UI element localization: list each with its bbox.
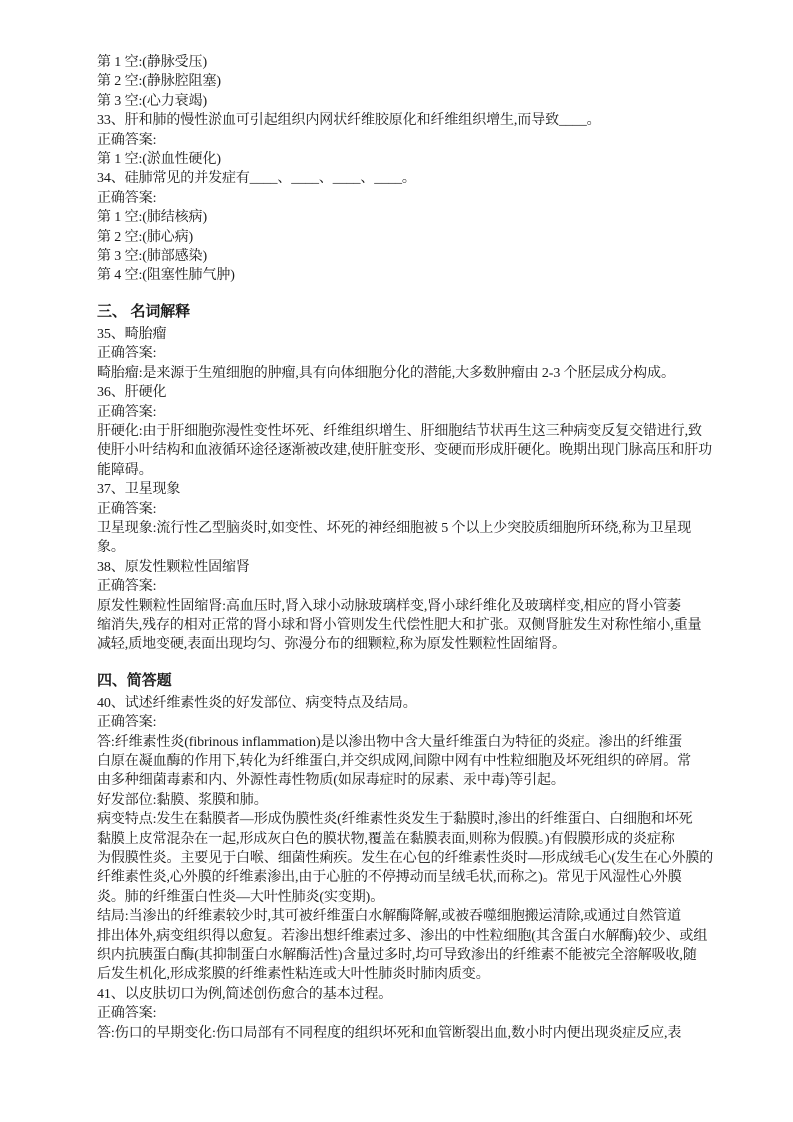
text-line: 能障碍。 (97, 461, 722, 480)
text-line: 33、肝和肺的慢性淤血可引起组织内网状纤维胶原化和纤维组织增生,而导致____。 (97, 111, 722, 130)
text-line: 40、试述纤维素性炎的好发部位、病变特点及结局。 (97, 694, 722, 713)
text-line: 正确答案: (97, 189, 722, 208)
text-line: 减轻,质地变硬,表面出现均匀、弥漫分布的细颗粒,称为原发性颗粒性固缩肾。 (97, 635, 722, 654)
text-line: 缩消失,残存的相对正常的肾小球和肾小管则发生代偿性肥大和扩张。双侧肾脏发生对称性… (97, 616, 722, 635)
text-line: 病变特点:发生在黏膜者—形成伪膜性炎(纤维素性炎发生于黏膜时,渗出的纤维蛋白、白… (97, 810, 722, 829)
text-line: 第 1 空:(淤血性硬化) (97, 150, 722, 169)
text-line: 象。 (97, 538, 722, 557)
text-line: 畸胎瘤:是来源于生殖细胞的肿瘤,具有向体细胞分化的潜能,大多数肿瘤由 2-3 个… (97, 364, 722, 383)
text-line: 正确答案: (97, 713, 722, 732)
text-line: 正确答案: (97, 500, 722, 519)
document-body: 第 1 空:(静脉受压)第 2 空:(静脉腔阻塞)第 3 空:(心力衰竭)33、… (97, 53, 722, 1043)
text-line: 后发生机化,形成浆膜的纤维素性粘连或大叶性肺炎时肺肉质变。 (97, 965, 722, 984)
text-line: 正确答案: (97, 577, 722, 596)
text-line: 38、原发性颗粒性固缩肾 (97, 558, 722, 577)
text-line: 第 4 空:(阻塞性肺气肿) (97, 266, 722, 285)
text-line: 第 1 空:(肺结核病) (97, 208, 722, 227)
text-line: 34、硅肺常见的并发症有____、____、____、____。 (97, 169, 722, 188)
text-line: 白原在凝血酶的作用下,转化为纤维蛋白,并交织成网,间隙中网有中性粒细胞及坏死组织… (97, 752, 722, 771)
text-line: 黏膜上皮常混杂在一起,形成灰白色的膜状物,覆盖在黏膜表面,则称为假膜。)有假膜形… (97, 830, 722, 849)
section-heading: 三、 名词解释 (97, 301, 722, 323)
text-line: 结局:当渗出的纤维素较少时,其可被纤维蛋白水解酶降解,或被吞噬细胞搬运清除,或通… (97, 907, 722, 926)
text-line: 正确答案: (97, 403, 722, 422)
text-line: 原发性颗粒性固缩肾:高血压时,肾入球小动脉玻璃样变,肾小球纤维化及玻璃样变,相应… (97, 597, 722, 616)
document-page: 第 1 空:(静脉受压)第 2 空:(静脉腔阻塞)第 3 空:(心力衰竭)33、… (0, 0, 793, 1122)
section-heading: 四、简答题 (97, 670, 722, 692)
text-line: 37、卫星现象 (97, 480, 722, 499)
text-line: 由多种细菌毒素和内、外源性毒性物质(如尿毒症时的尿素、汞中毒)等引起。 (97, 771, 722, 790)
text-line: 正确答案: (97, 344, 722, 363)
text-line: 好发部位:黏膜、浆膜和肺。 (97, 791, 722, 810)
text-line: 第 2 空:(静脉腔阻塞) (97, 72, 722, 91)
text-line: 第 2 空:(肺心病) (97, 228, 722, 247)
text-line: 正确答案: (97, 1004, 722, 1023)
text-line: 卫星现象:流行性乙型脑炎时,如变性、坏死的神经细胞被 5 个以上少突胶质细胞所环… (97, 519, 722, 538)
text-line: 第 1 空:(静脉受压) (97, 53, 722, 72)
text-line: 织内抗胰蛋白酶(其抑制蛋白水解酶活性)含量过多时,均可导致渗出的纤维素不能被完全… (97, 946, 722, 965)
text-line: 答:伤口的早期变化:伤口局部有不同程度的组织坏死和血管断裂出血,数小时内便出现炎… (97, 1024, 722, 1043)
text-line: 41、以皮肤切口为例,简述创伤愈合的基本过程。 (97, 985, 722, 1004)
text-line: 正确答案: (97, 131, 722, 150)
text-line: 排出体外,病变组织得以愈复。若渗出想纤维素过多、渗出的中性粒细胞(其含蛋白水解酶… (97, 927, 722, 946)
text-line: 第 3 空:(肺部感染) (97, 247, 722, 266)
text-line: 第 3 空:(心力衰竭) (97, 92, 722, 111)
text-line: 纤维素性炎,心外膜的纤维素渗出,由于心脏的不停搏动而呈绒毛状,而称之)。常见于风… (97, 868, 722, 887)
text-line: 使肝小叶结构和血液循环途径逐渐被改建,使肝脏变形、变硬而形成肝硬化。晚期出现门脉… (97, 441, 722, 460)
text-line: 为假膜性炎。主要见于白喉、细菌性痢疾。发生在心包的纤维素性炎时—形成绒毛心(发生… (97, 849, 722, 868)
text-line: 炎。肺的纤维蛋白性炎—大叶性肺炎(实变期)。 (97, 888, 722, 907)
text-line: 36、肝硬化 (97, 383, 722, 402)
text-line: 35、畸胎瘤 (97, 325, 722, 344)
text-line: 肝硬化:由于肝细胞弥漫性变性坏死、纤维组织增生、肝细胞结节状再生这三种病变反复交… (97, 422, 722, 441)
text-line: 答:纤维素性炎(fibrinous inflammation)是以渗出物中含大量… (97, 733, 722, 752)
